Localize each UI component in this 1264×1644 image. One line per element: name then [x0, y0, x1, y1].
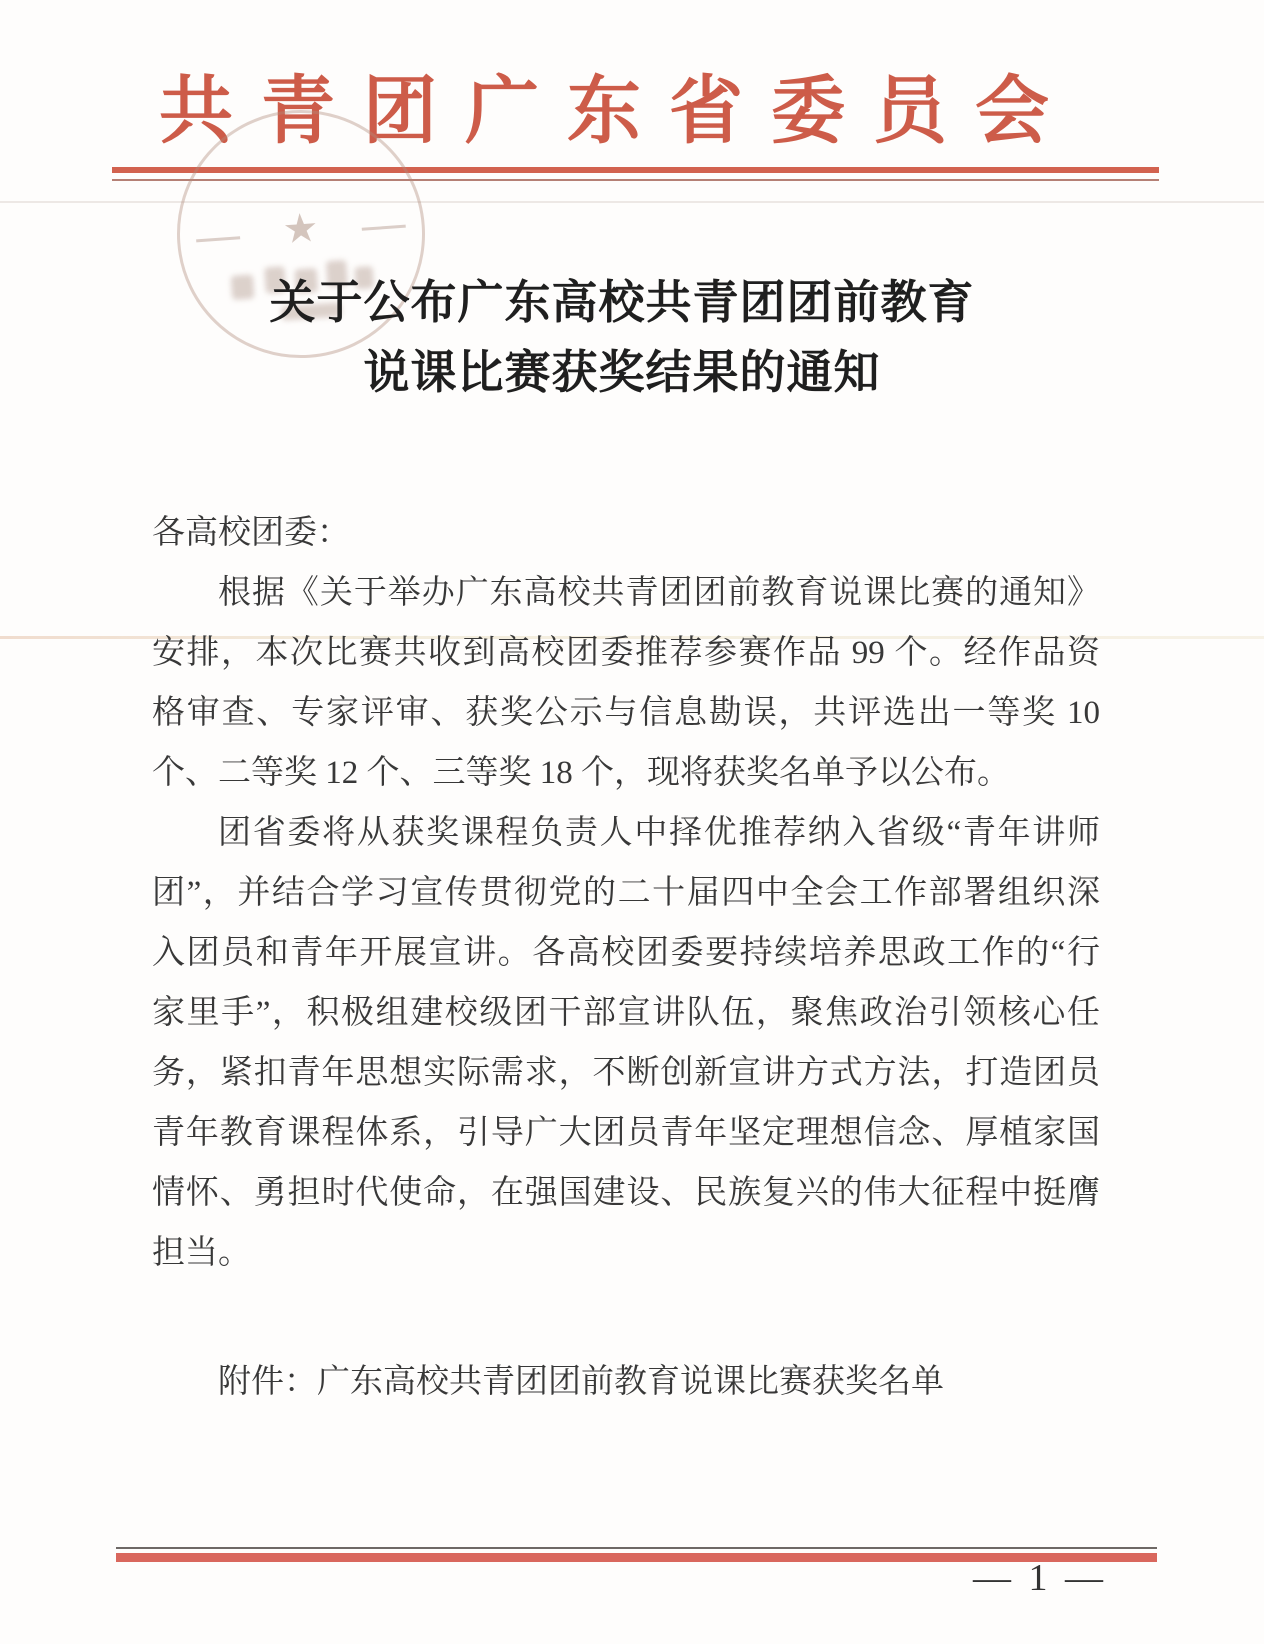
page-number: — 1 —	[950, 1556, 1130, 1600]
body-line: 务，紧扣青年思想实际需求，不断创新宣讲方式方法，打造团员	[152, 1043, 1100, 1103]
body-line: 根据《关于举办广东高校共青团团前教育说课比赛的通知》	[152, 563, 1100, 623]
document-title-line2: 说课比赛获奖结果的通知	[0, 338, 1254, 408]
body-line: 个、二等奖 12 个、三等奖 18 个，现将获奖名单予以公布。	[152, 743, 1100, 803]
document-title: 关于公布广东高校共青团团前教育 说课比赛获奖结果的通知	[0, 268, 1254, 408]
body-line: 入团员和青年开展宣讲。各高校团委要持续培养思政工作的“行	[152, 923, 1100, 983]
body-line: 情怀、勇担时代使命，在强国建设、民族复兴的伟大征程中挺膺	[152, 1163, 1100, 1223]
body-line: 家里手”，积极组建校级团干部宣讲队伍，聚焦政治引领核心任	[152, 983, 1100, 1043]
attachment-reference: 附件：广东高校共青团团前教育说课比赛获奖名单	[152, 1352, 1100, 1412]
scanned-document-page: 共青团广东省委员会 ★ 关于公布广东高校共青团团前教育 说课比赛获奖结果的通知 …	[0, 0, 1264, 1644]
footer-rule-thin	[116, 1547, 1157, 1549]
body-line: 团省委将从获奖课程负责人中择优推荐纳入省级“青年讲师	[152, 803, 1100, 863]
document-body: 各高校团委： 根据《关于举办广东高校共青团团前教育说课比赛的通知》 安排，本次比…	[152, 503, 1100, 1283]
body-line: 格审查、专家评审、获奖公示与信息勘误，共评选出一等奖 10	[152, 683, 1100, 743]
body-line: 担当。	[152, 1223, 1100, 1283]
body-line: 安排，本次比赛共收到高校团委推荐参赛作品 99 个。经作品资	[152, 623, 1100, 683]
document-title-line1: 关于公布广东高校共青团团前教育	[0, 268, 1254, 338]
body-line: 团”，并结合学习宣传贯彻党的二十届四中全会工作部署组织深	[152, 863, 1100, 923]
salutation: 各高校团委：	[152, 503, 1100, 563]
body-line: 青年教育课程体系，引导广大团员青年坚定理想信念、厚植家国	[152, 1103, 1100, 1163]
letterhead-org-name: 共青团广东省委员会	[0, 52, 1250, 158]
